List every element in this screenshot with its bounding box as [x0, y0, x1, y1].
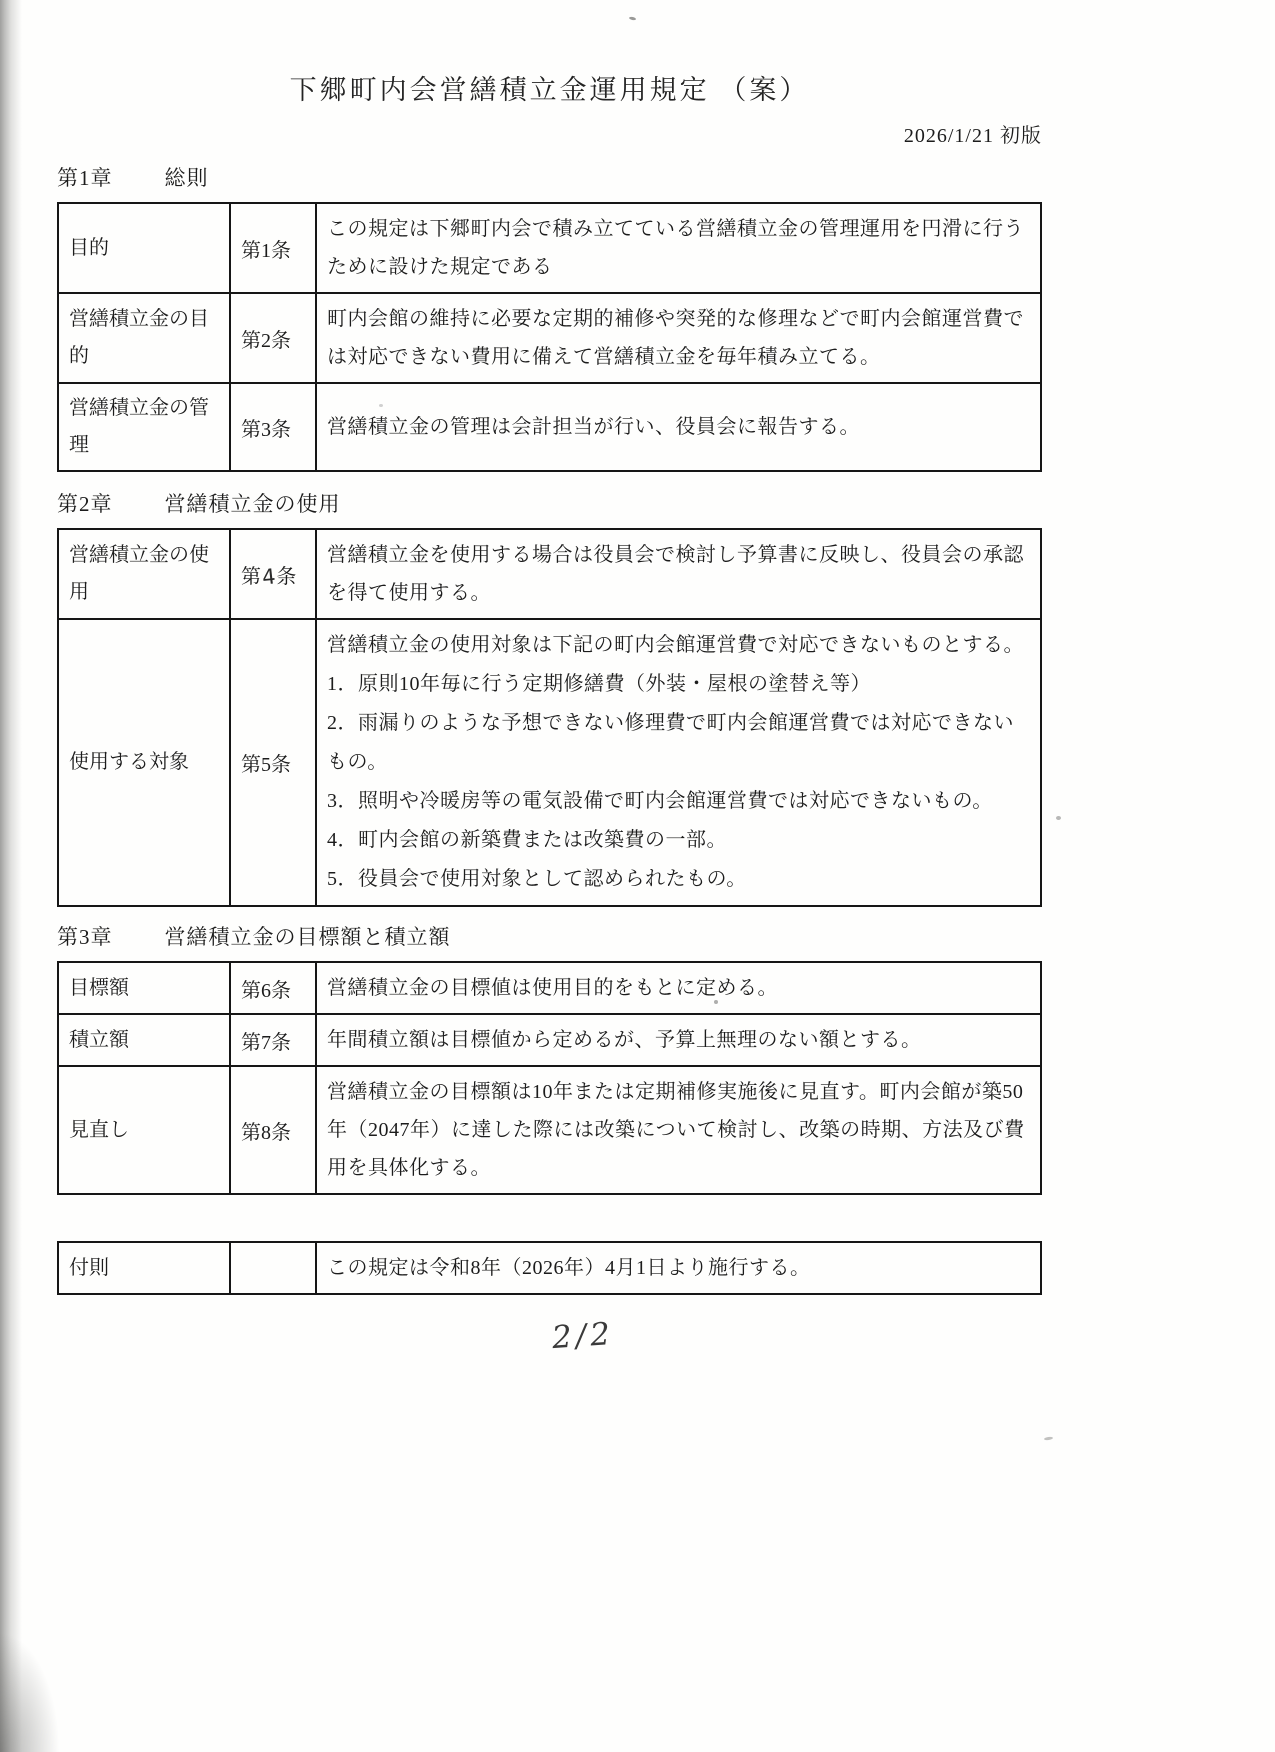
chapter-1-heading: 第1章 総則: [57, 162, 1042, 192]
article-suffix: 条: [276, 560, 296, 589]
item-cell: 目標額: [58, 962, 230, 1014]
article-cell: 第3条: [230, 383, 316, 471]
chapter-1-title: 総則: [165, 162, 209, 192]
content-cell: この規定は令和8年（2026年）4月1日より施行する。: [316, 1242, 1041, 1294]
content-cell: 営繕積立金を使用する場合は役員会で検討し予算書に反映し、役員会の承認を得て使用す…: [316, 529, 1041, 619]
article-cell: [230, 1242, 316, 1294]
article-cell: 第1条: [230, 203, 316, 293]
article-cell: 第5条: [230, 619, 316, 906]
item-cell: 見直し: [58, 1066, 230, 1194]
article-cell: 第2条: [230, 293, 316, 383]
chapter-1-label: 第1章: [57, 162, 113, 192]
table-row: 使用する対象 第5条 営繕積立金の使用対象は下記の町内会館運営費で対応できないも…: [58, 619, 1041, 906]
article-number-corrected: 第4条: [241, 560, 296, 589]
item-cell: 営繕積立金の管理: [58, 383, 230, 471]
chapter-3-title: 営繕積立金の目標額と積立額: [165, 921, 451, 951]
table-row: 目標額 第6条 営繕積立金の目標値は使用目的をもとに定める。: [58, 962, 1041, 1014]
content-cell: 年間積立額は目標値から定めるが、予算上無理のない額とする。: [316, 1014, 1041, 1066]
article-cell: 第7条: [230, 1014, 316, 1066]
content-cell: 営繕積立金の目標値は使用目的をもとに定める。: [316, 962, 1041, 1014]
content-cell: この規定は下郷町内会で積み立てている営繕積立金の管理運用を円滑に行うために設けた…: [316, 203, 1041, 293]
table-row: 目的 第1条 この規定は下郷町内会で積み立てている営繕積立金の管理運用を円滑に行…: [58, 203, 1041, 293]
content-cell: 営繕積立金の管理は会計担当が行い、役員会に報告する。: [316, 383, 1041, 471]
usage-target-item: 4．町内会館の新築費または改築費の一部。: [327, 821, 1030, 860]
table-row: 見直し 第8条 営繕積立金の目標額は10年または定期補修実施後に見直す。町内会館…: [58, 1066, 1041, 1194]
table-row: 積立額 第7条 年間積立額は目標値から定めるが、予算上無理のない額とする。: [58, 1014, 1041, 1066]
table-supplementary: 付則 この規定は令和8年（2026年）4月1日より施行する。: [57, 1241, 1042, 1295]
usage-target-lead: 営繕積立金の使用対象は下記の町内会館運営費で対応できないものとする。: [327, 626, 1030, 665]
item-cell: 付則: [58, 1242, 230, 1294]
scanned-document-page: 下郷町内会営繕積立金運用規定 （案） 2026/1/21 初版 第1章 総則 目…: [0, 0, 1275, 1752]
item-cell: 営繕積立金の目的: [58, 293, 230, 383]
scanner-corner-shadow: [0, 1632, 60, 1752]
handwritten-page-number: 2/2: [551, 1316, 615, 1356]
item-cell: 使用する対象: [58, 619, 230, 906]
scanner-edge-shadow: [0, 0, 22, 1752]
usage-target-item: 5．役員会で使用対象として認められたもの。: [327, 860, 1030, 899]
revision-date: 2026/1/21 初版: [57, 119, 1042, 148]
usage-target-item: 1．原則10年毎に行う定期修繕費（外装・屋根の塗替え等）: [327, 665, 1030, 704]
table-row: 営繕積立金の目的 第2条 町内会館の維持に必要な定期的補修や突発的な修理などで町…: [58, 293, 1041, 383]
content-cell: 営繕積立金の目標額は10年または定期補修実施後に見直す。町内会館が築50年（20…: [316, 1066, 1041, 1194]
article-cell: 第8条: [230, 1066, 316, 1194]
table-row: 営繕積立金の使用 第4条 営繕積立金を使用する場合は役員会で検討し予算書に反映し…: [58, 529, 1041, 619]
article-cell: 第4条: [230, 529, 316, 619]
item-cell: 目的: [58, 203, 230, 293]
article-cell: 第6条: [230, 962, 316, 1014]
document-title: 下郷町内会営繕積立金運用規定 （案）: [57, 68, 1042, 107]
item-cell: 営繕積立金の使用: [58, 529, 230, 619]
table-row: 営繕積立金の管理 第3条 営繕積立金の管理は会計担当が行い、役員会に報告する。: [58, 383, 1041, 471]
handwritten-article-number: 4: [261, 564, 277, 589]
scan-speck: [629, 16, 636, 20]
content-cell: 営繕積立金の使用対象は下記の町内会館運営費で対応できないものとする。 1．原則1…: [316, 619, 1041, 906]
chapter-3-label: 第3章: [57, 921, 113, 951]
table-usage: 営繕積立金の使用 第4条 営繕積立金を使用する場合は役員会で検討し予算書に反映し…: [57, 528, 1042, 907]
chapter-2-label: 第2章: [57, 488, 113, 518]
usage-target-item: 3．照明や冷暖房等の電気設備で町内会館運営費では対応できないもの。: [327, 782, 1030, 821]
item-cell: 積立額: [58, 1014, 230, 1066]
chapter-2-heading: 第2章 営繕積立金の使用: [57, 488, 1042, 518]
table-target-amount: 目標額 第6条 営繕積立金の目標値は使用目的をもとに定める。 積立額 第7条 年…: [57, 961, 1042, 1195]
chapter-2-title: 営繕積立金の使用: [165, 488, 341, 518]
table-row: 付則 この規定は令和8年（2026年）4月1日より施行する。: [58, 1242, 1041, 1294]
scan-speck: [1044, 1436, 1053, 1440]
scan-speck: [1056, 816, 1061, 820]
table-general-provisions: 目的 第1条 この規定は下郷町内会で積み立てている営繕積立金の管理運用を円滑に行…: [57, 202, 1042, 472]
content-cell: 町内会館の維持に必要な定期的補修や突発的な修理などで町内会館運営費では対応できな…: [316, 293, 1041, 383]
article-prefix: 第: [241, 560, 261, 589]
usage-target-item: 2．雨漏りのような予想できない修理費で町内会館運営費では対応できないもの。: [327, 704, 1030, 782]
chapter-3-heading: 第3章 営繕積立金の目標額と積立額: [57, 921, 1042, 951]
